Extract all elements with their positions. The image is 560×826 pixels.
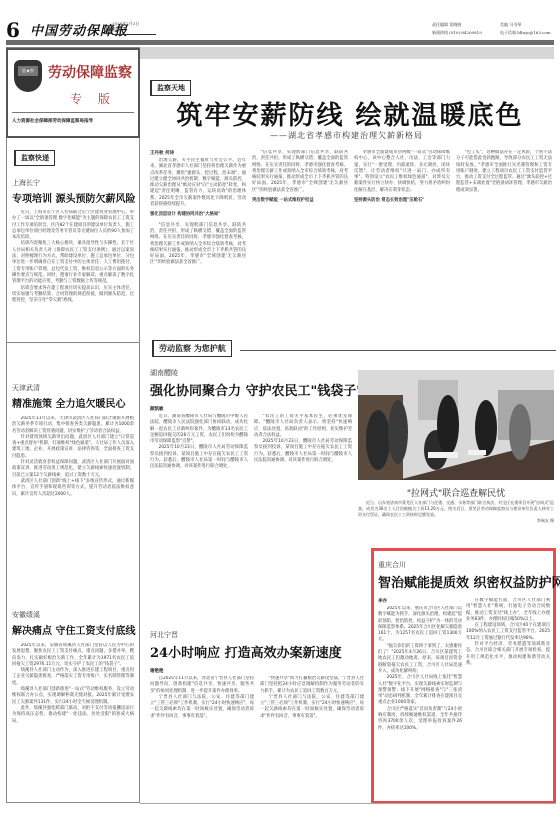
police-badge-icon (14, 60, 42, 92)
article-body-col1: 自2025年11月以来，河北省宁晋县人社部门坚持问题导向，创新构建"信息共享、快… (150, 676, 254, 800)
section-tag-world: 监察天地 (150, 80, 191, 96)
article-byline: 李亦 (378, 598, 387, 604)
article-headline: 专项培训 源头预防欠薪风险 (12, 190, 135, 205)
article-location: 天津武清 (12, 383, 40, 393)
article-byline: 颜凯敏 (150, 406, 164, 412)
issue-meta: 2026年2月3日 星期二 (112, 21, 156, 35)
brand-subtitle: 专 版 (70, 90, 116, 107)
article-body-col2: "农民工的工资关乎基本民生，必须优先保障。"醴陵市人社局负责人表示，将坚持"快速… (254, 414, 352, 569)
article-body-col2: 在数字赋能方面，合川区人社部门利用"智慧人社"系统，打通电子劳动合同数据，推动工… (466, 598, 550, 800)
editor-info: 责任编辑 雷晓晓 新闻热线 (010)-84209819 (432, 21, 482, 37)
page-bottom-rule (140, 803, 556, 804)
news-photo (358, 370, 554, 480)
feature-column-2: "信息共享、实现跨部门信息共享，联防共治，责任共担，形成了纵横交错、覆盖全面的监… (252, 150, 348, 323)
section-tag-guard: 劳动监察 为您护航 (152, 340, 232, 357)
article-location: 重庆合川 (378, 560, 406, 570)
badge-label: 监★察 (18, 66, 38, 76)
article-headline: 解决痛点 守住工资支付底线 (12, 622, 135, 637)
article-headline: 智治赋能提质效 织密权益防护网 (378, 572, 560, 591)
issue-weekday: 星期二 (112, 27, 156, 33)
article-location: 上海长宁 (12, 178, 40, 188)
section-rule (240, 350, 556, 351)
feature-column-3: 孝感市全面建成市县两级"一站式"劳动保障维权中心，该中心整合人社、司法、工会等部… (354, 150, 450, 323)
feature-column-1: 治理欠薪，关乎民生福祉与社会公平。近年来，湖北省孝感市人社部门坚持将治理欠薪作为… (150, 158, 246, 323)
email: 电子信箱 ldbzjc@163.com (500, 29, 551, 37)
news-phone: 新闻热线 (010)-84209819 (432, 29, 482, 37)
feature-title: 筑牢安薪防线 绘就温暖底色 (140, 95, 560, 132)
section-tag-express: 监察快递 (14, 150, 55, 166)
brand-guide: 人力资源社会保障部劳动保障监察局指导 (12, 118, 93, 124)
photo-caption-title: "拉网式"联合巡查解民忧 (358, 486, 554, 499)
feature-subtitle: ——湖北省孝感市构建治理欠薪新格局 (270, 130, 423, 141)
article-location: 湖南醴陵 (150, 368, 178, 378)
article-headline: 精准施策 全力追欠暖民心 (12, 395, 125, 410)
photo-credit: 李瑞友 摄 (358, 518, 554, 524)
article-headline: 24小时响应 打造高效办案新速度 (150, 642, 342, 661)
feature-column-4: "包工头"，这种做法存在一定风险，个别不法分子可能借此卷款跑路，导致部分农民工工… (456, 150, 552, 323)
article-location: 河北宁晋 (150, 630, 178, 640)
design-info: 美编 马书琴 电子信箱 ldbzjc@163.com (500, 21, 551, 37)
photo-scene-icon (358, 370, 554, 480)
article-location: 安徽绩溪 (12, 610, 40, 620)
article-body-col1: 2025年以来，重庆市合川区人社部门以数字赋能为抓手，深化源头治理，构建起"提前… (378, 606, 462, 800)
article-body: 近日，上海市长宁区人社局联合长宁区建筑业管理中心，举办了一场以"全链条管理 数字… (12, 210, 134, 320)
article-headline: 强化协同聚合力 守护农民工"钱袋子" (150, 380, 363, 399)
article-body: 2025年以来，安徽省绩溪县人社部门坚持以人民为中心的发展思想，聚焦农民工工资支… (12, 643, 134, 798)
article-body-col2: "快速共享"助力打赢根治欠薪攻坚战。宁晋县人社部门坚持把24小时应急调解机制作为… (260, 676, 364, 800)
page-number: 6 (6, 18, 20, 42)
feature-byline: 王丹秋 何诗 (150, 150, 174, 156)
masthead-bar (6, 40, 554, 45)
designer: 美编 马书琴 (500, 21, 551, 29)
photo-caption-text: 近日，山东省济南市莱芜区人社部门与住建、交通、水务等部门联合执法，对全区在建项目… (358, 500, 554, 532)
article-byline: 谢艳艳 (150, 668, 164, 674)
article-body: 2025年11月以来，天津市武清区人社局门联合镇街开展根治欠薪冬季专项行动，集中… (12, 416, 134, 586)
article-body-col1: 近日，湖南省醴陵市人社局与醴陵市中级人民法院、醴陵市人民法院强化部门协同联动，成… (150, 414, 248, 569)
brand-title: 劳动保障监察 (48, 62, 132, 82)
brand-divider (12, 112, 134, 113)
editor: 责任编辑 雷晓晓 (432, 21, 482, 29)
